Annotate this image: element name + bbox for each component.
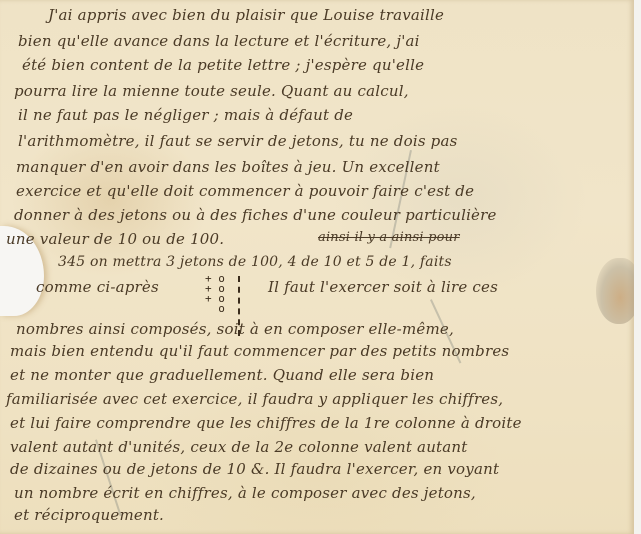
text-line-5: il ne faut pas le négliger ; mais à défa… bbox=[18, 106, 353, 124]
text-line-12: comme ci-après bbox=[36, 278, 159, 296]
jeton-tally-diagram: + o + o + o o bbox=[205, 274, 225, 314]
text-line-14: nombres ainsi composés, soit à en compos… bbox=[16, 320, 454, 338]
text-line-16: et ne monter que graduellement. Quand el… bbox=[10, 366, 434, 384]
text-line-20: de dizaines ou de jetons de 10 &. Il fau… bbox=[10, 460, 499, 478]
text-line-10: une valeur de 10 ou de 100. bbox=[6, 230, 224, 248]
text-line-13: Il faut l'exercer soit à lire ces bbox=[268, 278, 498, 296]
text-line-18: et lui faire comprendre que les chiffres… bbox=[10, 414, 522, 432]
text-line-4: pourra lire la mienne toute seule. Quant… bbox=[14, 82, 409, 100]
text-line-19: valent autant d'unités, ceux de la 2e co… bbox=[10, 438, 468, 456]
scan-margin bbox=[634, 0, 641, 534]
text-line-11: 345 on mettra 3 jetons de 100, 4 de 10 e… bbox=[58, 254, 452, 270]
text-line-17: familiarisée avec cet exercice, il faudr… bbox=[6, 390, 503, 408]
letter-page: J'ai appris avec bien du plaisir que Lou… bbox=[0, 0, 634, 534]
text-line-3: été bien content de la petite lettre ; j… bbox=[22, 56, 424, 74]
text-line-2: bien qu'elle avance dans la lecture et l… bbox=[18, 32, 420, 50]
text-line-15: mais bien entendu qu'il faut commencer p… bbox=[10, 342, 509, 360]
text-line-22: et réciproquement. bbox=[14, 506, 164, 524]
text-line-9: donner à des jetons ou à des fiches d'un… bbox=[14, 206, 497, 224]
text-line-6: l'arithmomètre, il faut se servir de jet… bbox=[18, 132, 458, 150]
text-line-8: exercice et qu'elle doit commencer à pou… bbox=[16, 182, 474, 200]
text-line-1: J'ai appris avec bien du plaisir que Lou… bbox=[48, 6, 444, 24]
tally-row: o bbox=[205, 304, 225, 314]
struck-text: ainsi il y a ainsi pour bbox=[318, 230, 460, 245]
text-line-7: manquer d'en avoir dans les boîtes à jeu… bbox=[16, 158, 440, 176]
text-line-21: un nombre écrit en chiffres, à le compos… bbox=[14, 484, 476, 502]
